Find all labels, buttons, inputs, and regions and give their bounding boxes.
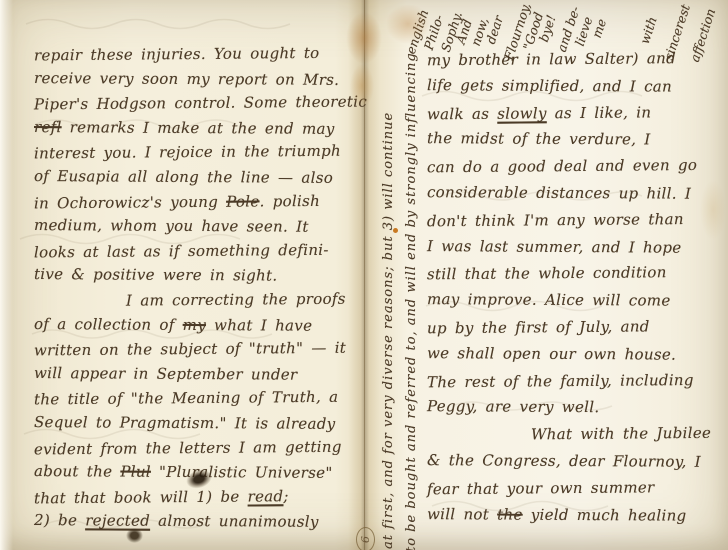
manuscript-line: refl remarks I make at the end may (34, 115, 354, 142)
manuscript-line: up by the first of July, and (427, 313, 727, 342)
right-page-text: my brother in law Salter) and life gets … (427, 46, 727, 528)
manuscript-line: considerable distances up hill. I (427, 179, 727, 208)
manuscript-line: can do a good deal and even go (427, 152, 727, 181)
manuscript-line: interest you. I rejoice in the triumph (34, 139, 354, 166)
manuscript-line: evident from the letters I am getting (34, 434, 354, 461)
closing-word: affection (687, 7, 718, 64)
closing-salutation-rotated: english Philo- Sophy. And now, dear Flou… (0, 0, 728, 84)
manuscript-line: Piper's Hodgson control. Some theoretic (34, 90, 354, 117)
manuscript-line: I am correcting the proofs (34, 287, 354, 314)
manuscript-line: walk as slowly as I like, in (427, 98, 727, 127)
manuscript-line: we shall open our own house. (427, 340, 727, 369)
manuscript-line: fear that your own summer (427, 473, 727, 502)
manuscript-line: What with the Jubilee (427, 420, 727, 449)
manuscript-line: still that the whole condition (427, 259, 727, 288)
manuscript-line: written on the subject of "truth" — it (34, 336, 354, 363)
manuscript-line: tive & positive were in sight. (34, 262, 354, 289)
page-number-badge: 6 (356, 527, 375, 550)
manuscript-line: I was last summer, and I hope (427, 233, 727, 262)
manuscript-line: may improve. Alice will come (427, 286, 727, 315)
manuscript-line: Peggy, are very well. (427, 393, 727, 422)
manuscript-line: about the Plul "Pluralistic Universe" (34, 459, 354, 486)
manuscript-line: looks at last as if something defini- (34, 237, 354, 264)
closing-word: with (637, 15, 660, 46)
manuscript-line: of a collection of my what I have (34, 312, 354, 339)
letter-scan: repair these injuries. You ought to rece… (0, 0, 728, 550)
manuscript-line: 2) be rejected almost unanimously (34, 508, 354, 535)
manuscript-line: will not the yield much healing (427, 501, 727, 530)
manuscript-line: The rest of the family, including (427, 366, 727, 395)
manuscript-line: that that book will 1) be read; (34, 483, 354, 510)
manuscript-line: Sequel to Pragmatism." It is already (34, 410, 354, 437)
manuscript-line: the title of "the Meaning of Truth, a (34, 385, 354, 412)
manuscript-line: medium, whom you have seen. It (34, 213, 354, 240)
margin-note-inner: to be bought and referred to, and will e… (404, 16, 419, 550)
manuscript-line: & the Congress, dear Flournoy, I (427, 447, 727, 476)
manuscript-line: will appear in September under (34, 361, 354, 388)
manuscript-line: in Ochorowicz's young Pole. polish (34, 188, 354, 215)
left-page-text: repair these injuries. You ought to rece… (34, 42, 354, 534)
manuscript-line: the midst of the verdure, I (427, 125, 727, 154)
manuscript-line: of Eusapia all along the line — also (34, 164, 354, 191)
margin-note-outer: at first, and for very diverse reasons; … (381, 57, 396, 549)
page-number: 6 (359, 536, 372, 543)
manuscript-line: don't think I'm any worse than (427, 205, 727, 234)
